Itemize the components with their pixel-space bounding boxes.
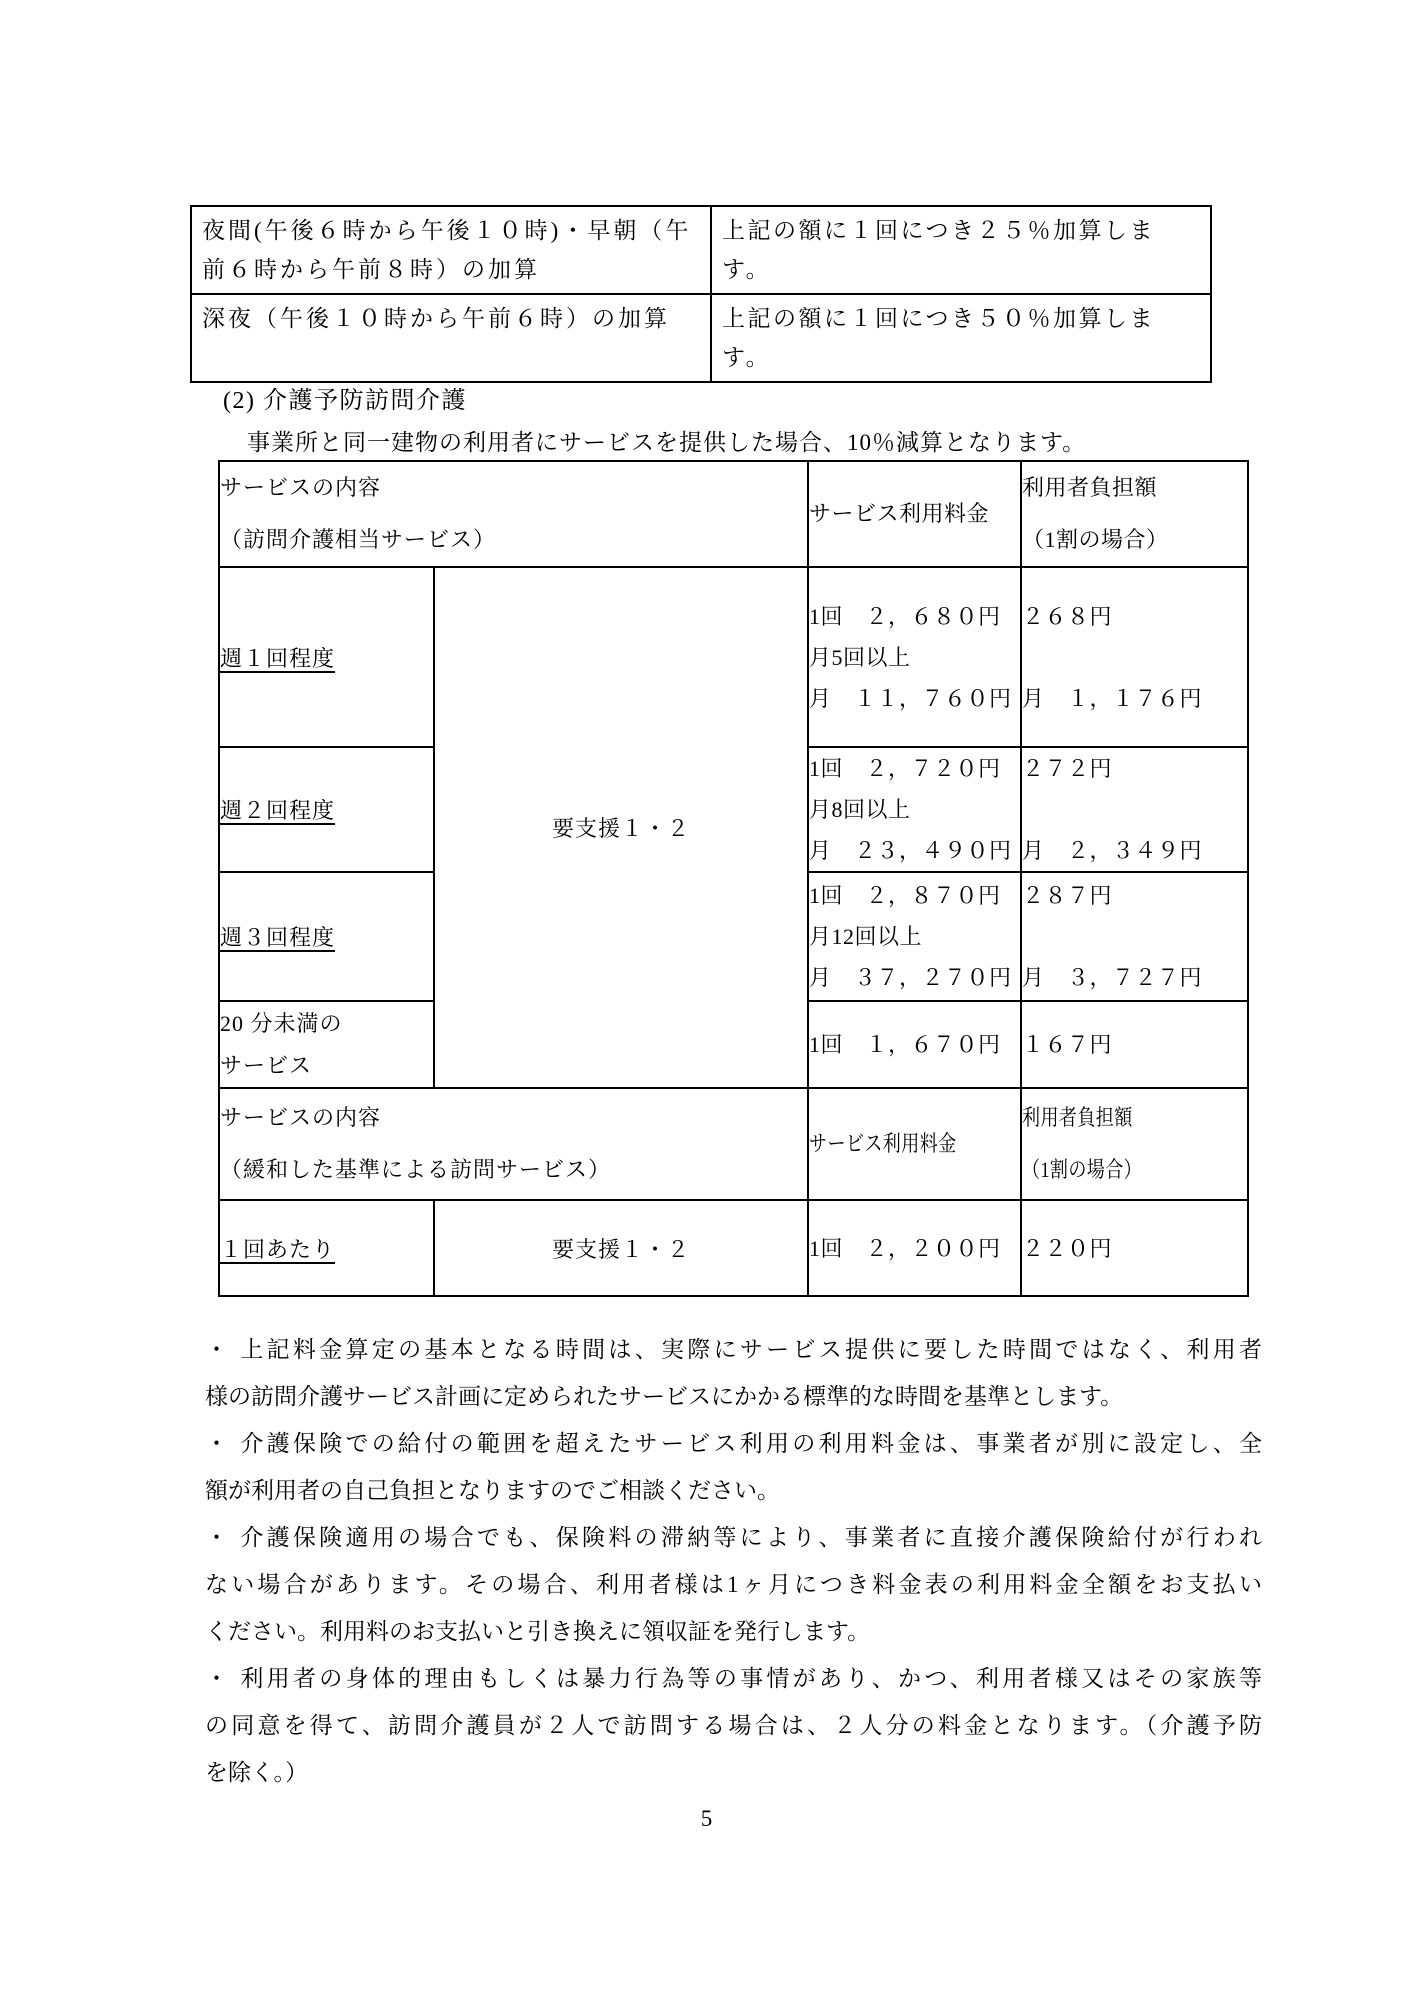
fee-cell: 1回 ２，２００円	[808, 1200, 1021, 1296]
fee-cell: 1回 １，６７０円	[808, 1001, 1021, 1088]
row-label: 週２回程度	[219, 747, 434, 872]
burden-line: １６７円	[1022, 1024, 1247, 1065]
addition-table: 夜間(午後６時から午後１０時)・早朝（午前６時から午前８時）の加算 上記の額に１…	[190, 205, 1212, 383]
burden-line	[1022, 789, 1247, 830]
fee-cell: 1回 ２，７２０円 月8回以上 月 ２３，４９０円	[808, 747, 1021, 872]
fee-line: 月 １１，７６０円	[809, 678, 1020, 719]
burden-line: 月 １，１７６円	[1022, 678, 1247, 719]
document-page: 夜間(午後６時から午後１０時)・早朝（午前６時から午前８時）の加算 上記の額に１…	[0, 0, 1413, 2000]
fee-line: 月 ３７，２７０円	[809, 957, 1020, 998]
fee-line: 1回 １，６７０円	[809, 1024, 1020, 1065]
note-out-of-insurance: ・ 介護保険での給付の範囲を超えたサービス利用の利用料金は、事業者が別に設定し、…	[205, 1420, 1262, 1514]
section-heading: (2) 介護予防訪問介護	[223, 380, 467, 415]
addition-row-night-early: 夜間(午後６時から午後１０時)・早朝（午前６時から午前８時）の加算 上記の額に１…	[191, 206, 1211, 294]
burden-cell: ２８７円 月 ３，７２７円	[1021, 872, 1248, 1001]
addition-value: 上記の額に１回につき２５％加算します。	[711, 206, 1211, 294]
fee-row-weekly-1: 週１回程度 要支援１・２ 1回 ２，６８０円 月5回以上 月 １１，７６０円 ２…	[219, 567, 1248, 747]
header-fee: サービス利用料金	[808, 1088, 1021, 1200]
fee-cell: 1回 ２，６８０円 月5回以上 月 １１，７６０円	[808, 567, 1021, 747]
header-service-subtitle: （緩和した基準による訪問サービス）	[220, 1144, 807, 1196]
burden-cell: ２７２円 月 ２，３４９円	[1021, 747, 1248, 872]
page-number: 5	[0, 1806, 1413, 1832]
fee-table-header-relaxed: サービスの内容 （緩和した基準による訪問サービス） サービス利用料金 利用者負担…	[219, 1088, 1248, 1200]
fee-line: 1回 ２，８７０円	[809, 875, 1020, 916]
burden-cell: ２６８円 月 １，１７６円	[1021, 567, 1248, 747]
burden-line: ２７２円	[1022, 748, 1247, 789]
row-label: 週３回程度	[219, 872, 434, 1001]
burden-line: 月 ２，３４９円	[1022, 830, 1247, 871]
fee-line: 1回 ２，２００円	[809, 1228, 1020, 1269]
fee-line: 月5回以上	[809, 637, 1020, 678]
fee-table: サービスの内容 （訪問介護相当サービス） サービス利用料金 利用者負担額 （1割…	[218, 460, 1249, 1297]
header-burden: 利用者負担額 （1割の場合）	[1021, 461, 1248, 567]
burden-line	[1022, 916, 1247, 957]
note-premium-arrears: ・ 介護保険適用の場合でも、保険料の滞納等により、事業者に直接介護保険給付が行わ…	[205, 1514, 1262, 1655]
header-service-subtitle: （訪問介護相当サービス）	[220, 514, 807, 566]
header-burden: 利用者負担額 （1割の場合）	[1021, 1088, 1248, 1200]
fee-line: 1回 ２，７２０円	[809, 748, 1020, 789]
note-two-helpers: ・ 利用者の身体的理由もしくは暴力行為等の事情があり、かつ、利用者様又はその家族…	[205, 1655, 1262, 1796]
header-service-content: サービスの内容 （訪問介護相当サービス）	[219, 461, 808, 567]
notes-section: ・ 上記料金算定の基本となる時間は、実際にサービス提供に要した時間ではなく、利用…	[205, 1326, 1262, 1796]
burden-cell: １６７円	[1021, 1001, 1248, 1088]
fee-cell: 1回 ２，８７０円 月12回以上 月 ３７，２７０円	[808, 872, 1021, 1001]
fee-line: 月8回以上	[809, 789, 1020, 830]
row-label: １回あたり	[219, 1200, 434, 1296]
burden-line: ２８７円	[1022, 875, 1247, 916]
burden-line: 月 ３，７２７円	[1022, 957, 1247, 998]
header-service-title: サービスの内容	[220, 1092, 807, 1144]
burden-line: ２２０円	[1022, 1228, 1247, 1269]
burden-cell: ２２０円	[1021, 1200, 1248, 1296]
support-level-cell: 要支援１・２	[434, 567, 808, 1088]
header-service-title: サービスの内容	[220, 462, 807, 514]
fee-line: 月 ２３，４９０円	[809, 830, 1020, 871]
fee-line: 1回 ２，６８０円	[809, 596, 1020, 637]
row-label: 20 分未満の サービス	[219, 1001, 434, 1088]
row-label: 週１回程度	[219, 567, 434, 747]
fee-row-per-visit: １回あたり 要支援１・２ 1回 ２，２００円 ２２０円	[219, 1200, 1248, 1296]
addition-label: 深夜（午後１０時から午前６時）の加算	[191, 294, 711, 382]
burden-line: ２６８円	[1022, 596, 1247, 637]
support-level-cell: 要支援１・２	[434, 1200, 808, 1296]
addition-label: 夜間(午後６時から午後１０時)・早朝（午前６時から午前８時）の加算	[191, 206, 711, 294]
burden-line	[1022, 637, 1247, 678]
note-standard-time: ・ 上記料金算定の基本となる時間は、実際にサービス提供に要した時間ではなく、利用…	[205, 1326, 1262, 1420]
fee-line: 月12回以上	[809, 916, 1020, 957]
header-fee: サービス利用料金	[808, 461, 1021, 567]
addition-value: 上記の額に１回につき５０％加算します。	[711, 294, 1211, 382]
addition-row-midnight: 深夜（午後１０時から午前６時）の加算 上記の額に１回につき５０％加算します。	[191, 294, 1211, 382]
header-service-content: サービスの内容 （緩和した基準による訪問サービス）	[219, 1088, 808, 1200]
section-intro-note: 事業所と同一建物の利用者にサービスを提供した場合、10％減算となります。	[247, 424, 1086, 457]
fee-table-header-standard: サービスの内容 （訪問介護相当サービス） サービス利用料金 利用者負担額 （1割…	[219, 461, 1248, 567]
